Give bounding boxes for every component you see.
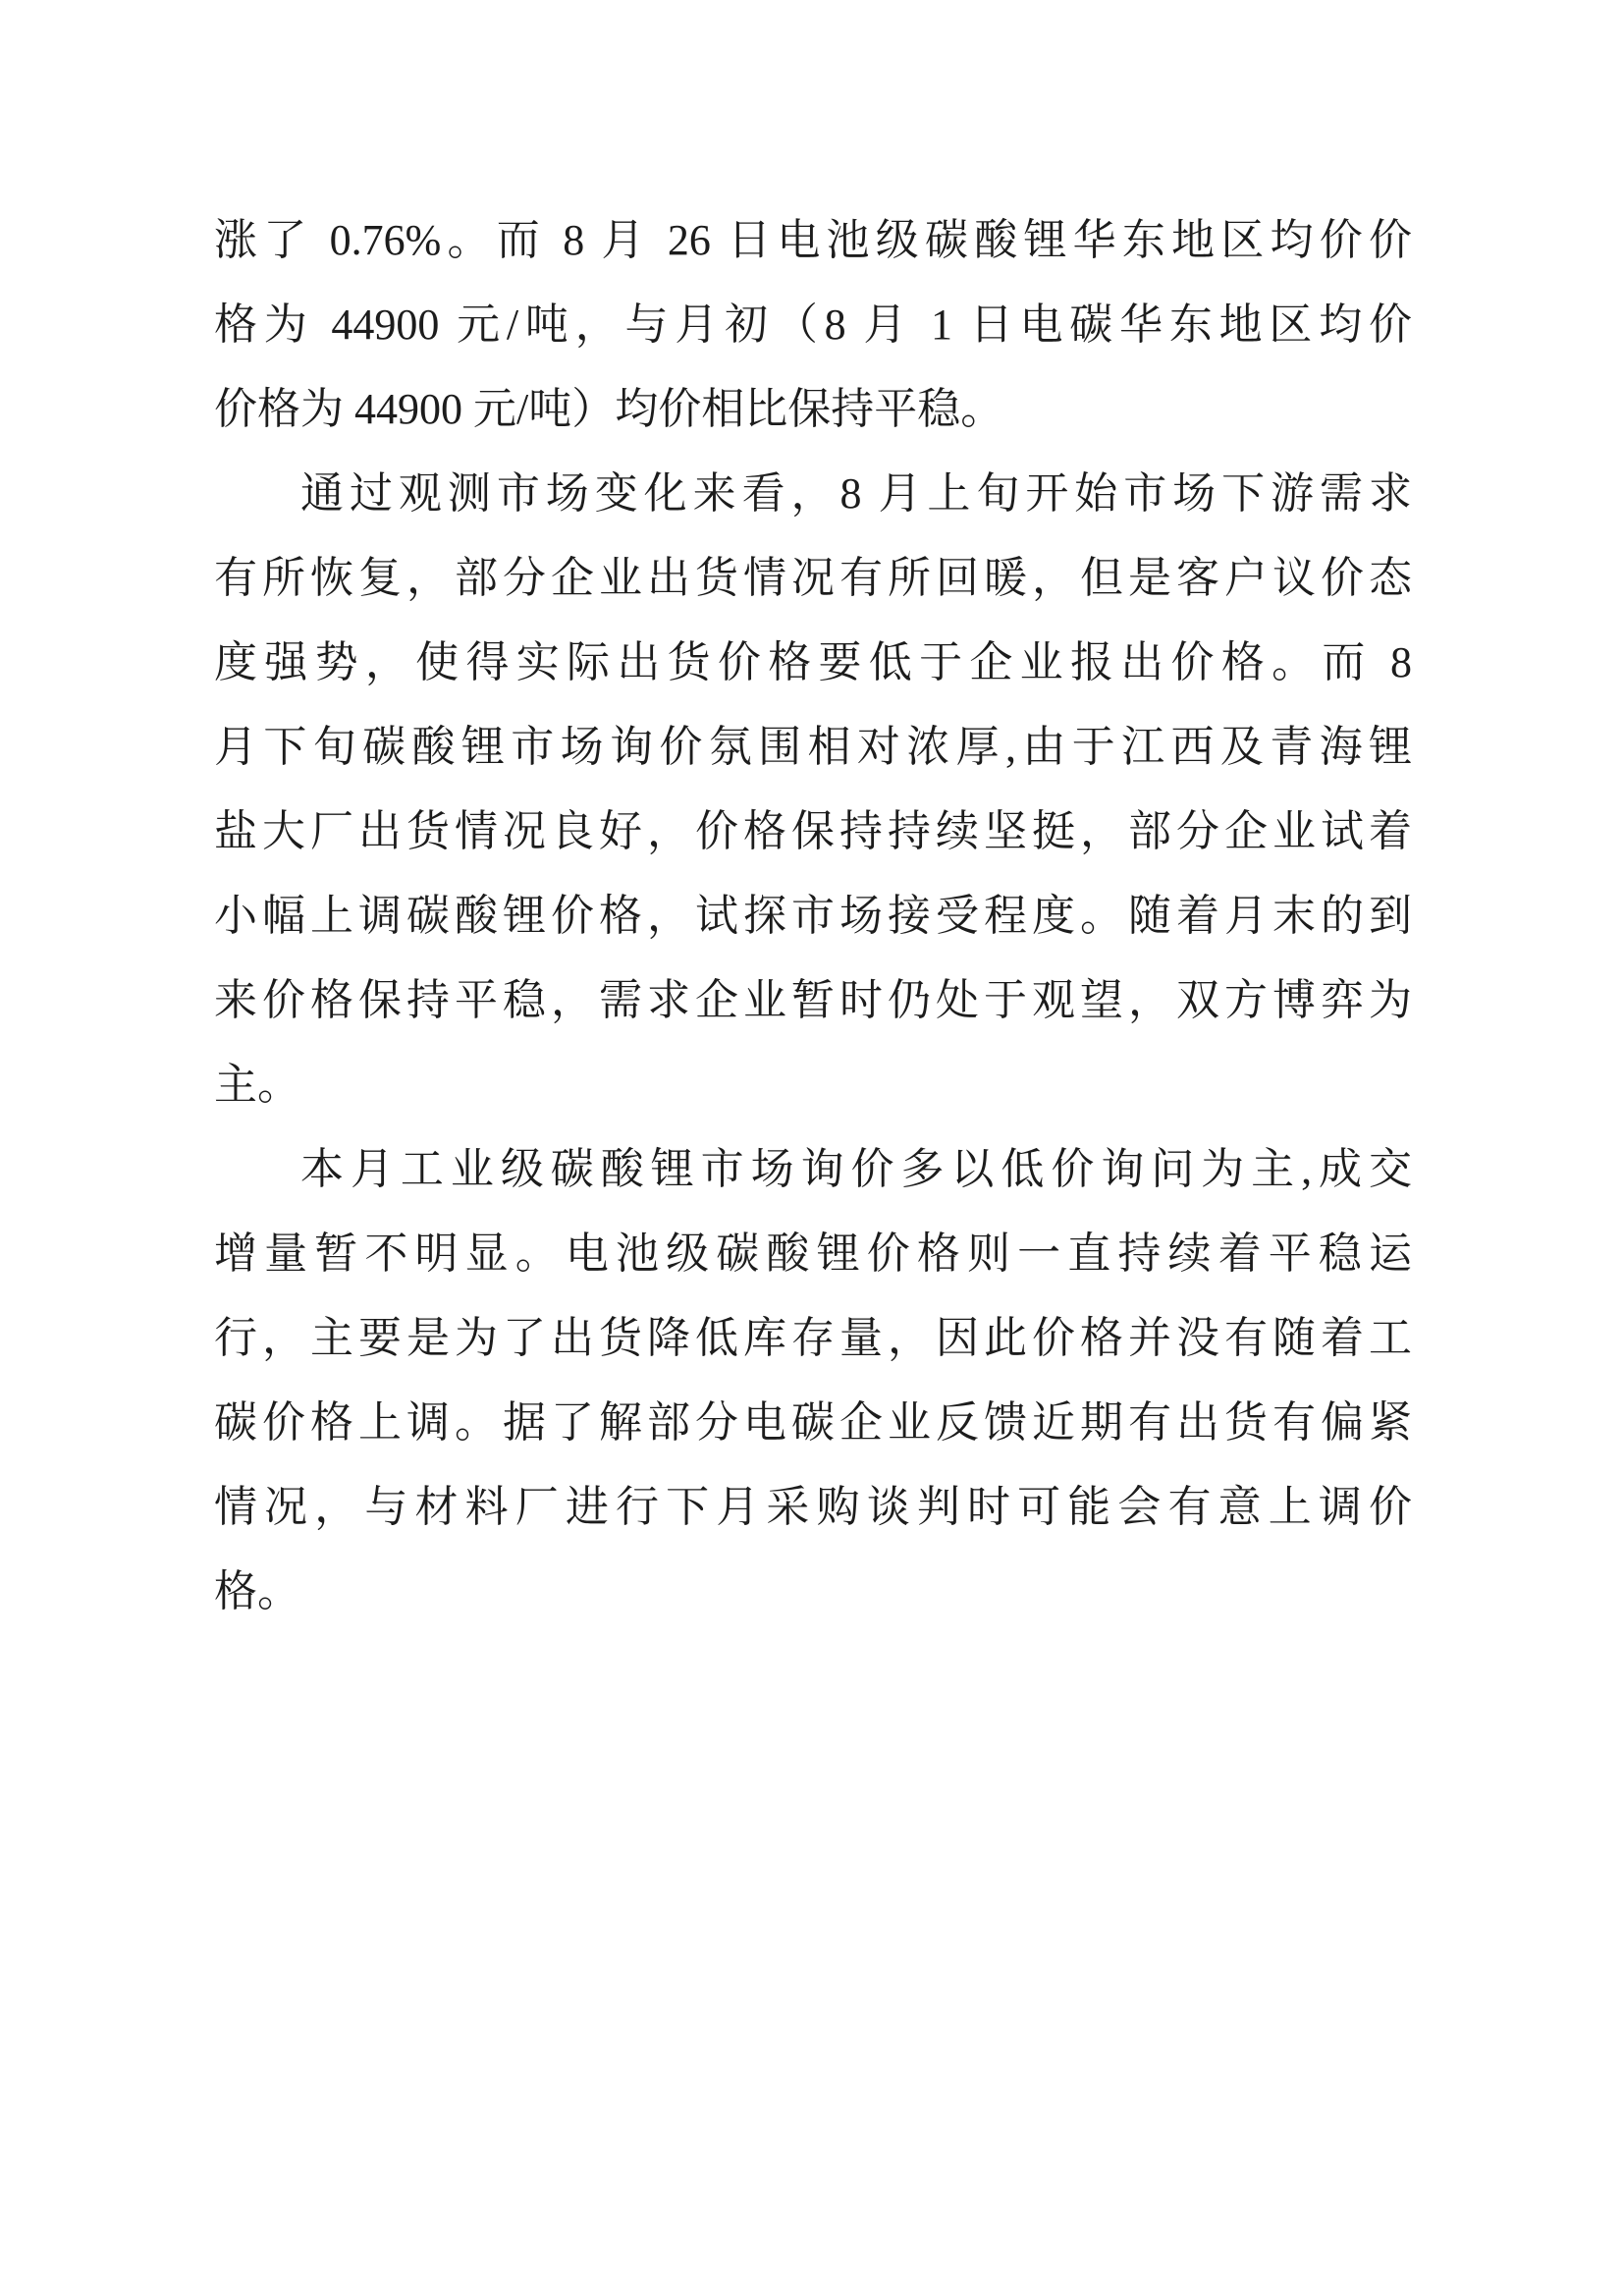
- text-line: 来价格保持平稳，需求企业暂时仍处于观望，双方博弈为: [214, 958, 1412, 1043]
- text-line: 增量暂不明显。电池级碳酸锂价格则一直持续着平稳运: [214, 1212, 1412, 1296]
- text-line: 通过观测市场变化来看，8 月上旬开始市场下游需求: [214, 452, 1412, 536]
- text-line: 主。: [214, 1043, 1412, 1127]
- text-line: 涨了 0.76%。而 8 月 26 日电池级碳酸锂华东地区均价价: [214, 198, 1412, 283]
- text-line: 盐大厂出货情况良好，价格保持持续坚挺，部分企业试着: [214, 790, 1412, 874]
- text-line: 情况，与材料厂进行下月采购谈判时可能会有意上调价: [214, 1465, 1412, 1550]
- text-line: 行，主要是为了出货降低库存量，因此价格并没有随着工: [214, 1296, 1412, 1381]
- text-block: 涨了 0.76%。而 8 月 26 日电池级碳酸锂华东地区均价价 格为 4490…: [214, 198, 1412, 1634]
- document-page: 涨了 0.76%。而 8 月 26 日电池级碳酸锂华东地区均价价 格为 4490…: [0, 0, 1623, 2296]
- text-line: 本月工业级碳酸锂市场询价多以低价询问为主,成交: [214, 1127, 1412, 1212]
- text-line: 有所恢复，部分企业出货情况有所回暖，但是客户议价态: [214, 536, 1412, 621]
- text-line: 格。: [214, 1550, 1412, 1634]
- text-line: 价格为 44900 元/吨）均价相比保持平稳。: [214, 367, 1412, 452]
- text-line: 度强势，使得实际出货价格要低于企业报出价格。而 8: [214, 621, 1412, 705]
- text-line: 碳价格上调。据了解部分电碳企业反馈近期有出货有偏紧: [214, 1381, 1412, 1465]
- text-line: 月下旬碳酸锂市场询价氛围相对浓厚,由于江西及青海锂: [214, 705, 1412, 790]
- text-line: 格为 44900 元/吨，与月初（8 月 1 日电碳华东地区均价: [214, 283, 1412, 367]
- text-line: 小幅上调碳酸锂价格，试探市场接受程度。随着月末的到: [214, 874, 1412, 958]
